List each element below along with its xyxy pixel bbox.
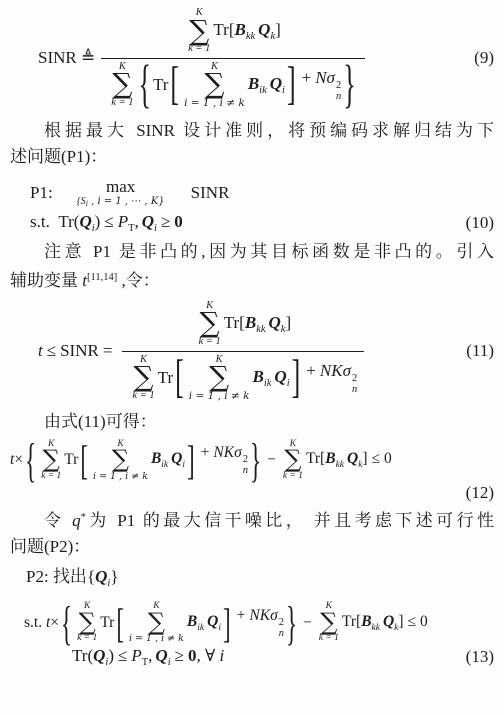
sub-i: i	[168, 657, 171, 668]
sigma-sum-icon: ∑	[320, 613, 337, 633]
p1-objective: SINR	[191, 183, 230, 203]
eq11-lhs: t≤SINR=	[38, 341, 116, 361]
trace-bkk-qk-term: Tr[BkkQk]	[213, 20, 280, 42]
eq9-lhs: SINR ≜	[38, 48, 95, 68]
sigma-scripts: 2n	[352, 373, 357, 395]
sigma-sub-n: n	[352, 384, 357, 395]
sub-kk: kk	[246, 31, 255, 42]
noise-term: +Nσ2n	[298, 68, 342, 102]
sum-over-i: K∑i = 1 , i ≠ k	[129, 602, 184, 644]
bold-zero: 0	[174, 212, 183, 231]
p2-label: P2:	[26, 567, 49, 586]
sum-over-i: K∑i = 1 , i ≠ k	[189, 355, 250, 402]
big-left-brace: {	[138, 59, 150, 112]
tr-operator: Tr	[342, 613, 356, 630]
qstar-pre: 令	[44, 511, 72, 530]
sum-lower-limit: k = 1	[198, 337, 220, 348]
le-operator: ≤	[104, 212, 113, 231]
matrix-q: Q	[383, 613, 394, 630]
sub-i: i	[154, 223, 157, 234]
var-nk: NK	[320, 361, 343, 380]
var-q: q	[72, 511, 81, 530]
paragraph-sinr-criterion-line2: 述问题(P1)：	[10, 144, 494, 170]
le-operator: ≤	[118, 646, 127, 665]
le-zero: ≤ 0	[372, 450, 392, 467]
equation-13-constraint1: s.t. t× { K∑k = 1 Tr [ K∑i = 1 , i ≠ k B…	[24, 602, 494, 644]
sigma-scripts: 2n	[243, 454, 248, 476]
big-right-brace: }	[250, 437, 261, 484]
matrix-q: Q	[95, 567, 107, 586]
sigma-sup-2: 2	[352, 373, 357, 384]
sigma-scripts: 2n	[279, 617, 284, 639]
comma: ,	[135, 212, 139, 231]
sum-lower-limit: k = 1	[319, 634, 339, 644]
eq11-denominator: K∑k = 1 Tr [ K∑i = 1 , i ≠ k BikQi ] +NK…	[122, 352, 364, 405]
sub-kk: kk	[372, 623, 380, 633]
big-left-brace: {	[61, 599, 72, 646]
sigma-symbol: σ	[234, 444, 242, 461]
bik-qi-term: BikQi	[151, 450, 185, 470]
var-n: N	[315, 68, 326, 87]
le-zero: ≤ 0	[408, 613, 428, 630]
times-operator: ×	[50, 614, 59, 631]
equals-operator: =	[103, 341, 113, 360]
sigma-sum-icon: ∑	[200, 312, 220, 335]
big-right-bracket: ]	[292, 355, 301, 401]
big-right-bracket: ]	[223, 603, 231, 644]
sum-over-k: K∑k = 1	[188, 8, 210, 55]
paragraph-sinr-criterion-line1: 根据最大 SINR 设计准则，将预编码求解归结为下	[10, 118, 494, 144]
sub-ik: ik	[161, 460, 168, 470]
matrix-b: B	[234, 20, 245, 39]
tr-operator: Tr	[213, 20, 228, 39]
subject-to-label: s.t.	[24, 614, 42, 632]
sigma-sum-icon: ∑	[148, 613, 165, 633]
big-left-bracket: [	[80, 440, 88, 481]
paragraph-nonconvex-line2: 辅助变量 t[11,14] ,令：	[10, 265, 494, 294]
aux-var-post: ,令：	[117, 271, 160, 290]
aux-var-pre: 辅助变量	[10, 271, 82, 290]
subject-to-label: s.t.	[30, 212, 50, 231]
close-bracket: ]	[275, 20, 281, 39]
comma: ,	[196, 646, 200, 665]
sigma-sup-2: 2	[243, 454, 248, 465]
big-left-bracket: [	[116, 603, 124, 644]
sigma-sum-icon: ∑	[204, 73, 224, 96]
tr-operator: Tr	[100, 614, 114, 632]
close-paren: )	[108, 646, 114, 665]
sum-lower-limit: k = 1	[41, 472, 61, 482]
sum-lower-limit: i = 1 , i ≠ k	[129, 634, 184, 644]
matrix-q: Q	[142, 212, 154, 231]
paragraph-qstar-line2: 问题(P2)：	[10, 534, 494, 560]
sigma-sum-icon: ∑	[43, 450, 60, 470]
p1-label: P1:	[30, 183, 53, 203]
minus-operator: −	[267, 451, 276, 469]
sigma-sub-n: n	[243, 465, 248, 476]
matrix-b: B	[325, 450, 335, 467]
matrix-b: B	[187, 613, 197, 630]
equation-number-11: (11)	[466, 341, 494, 361]
sum-lower-limit: i = 1 , i ≠ k	[189, 391, 250, 402]
close-paren: )	[95, 212, 101, 231]
plus-operator: +	[237, 607, 246, 624]
matrix-q: Q	[269, 313, 281, 332]
sum-over-i: K∑i = 1 , i ≠ k	[93, 440, 148, 482]
equation-number-13: (13)	[466, 647, 494, 667]
eq9-denominator: K∑k = 1 { Tr [ K∑i = 1 , i ≠ k BikQi ] +…	[101, 59, 364, 112]
sum-over-i: K∑i = 1 , i ≠ k	[184, 62, 245, 109]
sigma-symbol: σ	[270, 607, 278, 624]
plus-operator: +	[306, 361, 316, 380]
sub-kk: kk	[336, 460, 344, 470]
sum-lower-limit: k = 1	[77, 634, 97, 644]
matrix-q: Q	[207, 613, 218, 630]
matrix-b: B	[245, 313, 256, 332]
var-p: P	[118, 212, 128, 231]
qstar-post: 为 P1 的最大信干噪比， 并且考虑下述可行性	[86, 511, 494, 530]
ge-operator: ≥	[175, 646, 184, 665]
sigma-symbol: σ	[343, 361, 351, 380]
sum-over-k: K∑k = 1	[198, 301, 220, 348]
sigma-sub-n: n	[336, 91, 341, 102]
close-bracket: ]	[398, 613, 403, 630]
sub-i: i	[282, 85, 285, 96]
sigma-sum-icon: ∑	[134, 366, 154, 389]
p2-find-label: 找出	[53, 567, 87, 586]
equation-number-12: (12)	[466, 483, 494, 502]
matrix-q: Q	[171, 450, 182, 467]
matrix-b: B	[253, 367, 264, 386]
sub-ik: ik	[259, 85, 267, 96]
big-right-bracket: ]	[187, 440, 195, 481]
eq9-fraction: K∑k = 1 Tr[BkkQk] K∑k = 1 { Tr [ K∑i = 1…	[101, 5, 364, 112]
close-bracket: ]	[362, 450, 367, 467]
max-operator: max {Si , i = 1 , ⋯ , K}	[77, 177, 165, 209]
matrix-q: Q	[79, 212, 91, 231]
open-brace: {	[87, 567, 95, 586]
matrix-q: Q	[270, 74, 282, 93]
equation-10: s.t. Tr(Qi)≤PT,Qi≥0 (10)	[30, 212, 494, 234]
sinr-label: SINR	[60, 341, 99, 360]
tr-operator: Tr	[153, 75, 168, 95]
var-t: t	[38, 341, 43, 360]
big-left-bracket: [	[175, 355, 184, 401]
big-right-bracket: ]	[287, 62, 296, 108]
matrix-q: Q	[258, 20, 270, 39]
forall-symbol: ∀	[205, 646, 215, 666]
sigma-sum-icon: ∑	[209, 366, 229, 389]
equation-9: SINR ≜ K∑k = 1 Tr[BkkQk] K∑k = 1 { Tr [ …	[38, 5, 494, 112]
equation-12: t× { K∑k = 1 Tr [ K∑i = 1 , i ≠ k BikQi …	[10, 440, 494, 482]
trace-bkk-qk-le0: Tr[BkkQk]≤ 0	[306, 450, 396, 470]
problem-p1-statement: P1: max {Si , i = 1 , ⋯ , K} SINR	[30, 177, 494, 209]
matrix-q: Q	[274, 367, 286, 386]
t-times: t×	[42, 614, 59, 632]
minus-operator: −	[303, 614, 312, 632]
equation-number-9: (9)	[474, 48, 494, 68]
defined-equal-symbol: ≜	[81, 48, 95, 68]
tr-operator: Tr	[224, 313, 239, 332]
noise-term: +NKσ2n	[233, 607, 284, 639]
sigma-scripts: 2n	[336, 80, 341, 102]
paragraph-nonconvex-line1: 注意 P1 是非凸的,因为其目标函数是非凸的。引入	[10, 239, 494, 265]
matrix-q: Q	[93, 646, 105, 665]
sigma-sum-icon: ∑	[79, 613, 96, 633]
t-times: t×	[10, 451, 23, 469]
equation-11: t≤SINR= K∑k = 1 Tr[BkkQk] K∑k = 1 Tr [ K…	[38, 298, 494, 405]
paragraph-from-eq11: 由式(11)可得：	[10, 409, 494, 435]
big-right-brace: }	[286, 599, 297, 646]
big-right-brace: }	[343, 59, 355, 112]
sub-i: i	[218, 623, 221, 633]
sum-over-k: K∑k = 1	[111, 62, 133, 109]
big-left-bracket: [	[170, 62, 179, 108]
sum-over-k: K∑k = 1	[283, 440, 303, 482]
sigma-sup-2: 2	[279, 617, 284, 628]
paragraph-qstar-line1: 令 q*为 P1 的最大信干噪比， 并且考虑下述可行性	[10, 505, 494, 534]
big-left-brace: {	[25, 437, 36, 484]
var-nk: NK	[213, 444, 234, 461]
times-operator: ×	[14, 451, 23, 468]
sum-lower-limit: k = 1	[132, 391, 154, 402]
noise-term: +NKσ2n	[302, 361, 357, 395]
var-i: i	[219, 646, 224, 665]
eq11-numerator: K∑k = 1 Tr[BkkQk]	[188, 298, 298, 351]
tr-operator: Tr	[158, 368, 173, 388]
sub-kk: kk	[256, 324, 265, 335]
tr-operator: Tr	[306, 450, 320, 467]
tr-operator: Tr	[64, 451, 78, 469]
close-brace: }	[110, 567, 118, 586]
sigma-sum-icon: ∑	[284, 450, 301, 470]
eq9-numerator: K∑k = 1 Tr[BkkQk]	[178, 5, 288, 58]
le-operator: ≤	[47, 341, 56, 360]
sum-over-k: K∑k = 1	[77, 602, 97, 644]
sinr-label: SINR	[38, 48, 77, 67]
sum-over-k: K∑k = 1	[132, 355, 154, 402]
max-subscript-pre: {S	[77, 196, 86, 207]
sum-over-k: K∑k = 1	[41, 440, 61, 482]
trace-bkk-qk-le0: Tr[BkkQk]≤ 0	[342, 613, 432, 633]
sub-i: i	[287, 378, 290, 389]
var-p: P	[131, 646, 141, 665]
bik-qi-term: BikQi	[187, 613, 221, 633]
sigma-sub-n: n	[279, 628, 284, 639]
matrix-b: B	[151, 450, 161, 467]
matrix-q: Q	[347, 450, 358, 467]
problem-p2-statement: P2: 找出{Qi}	[26, 564, 494, 597]
matrix-b: B	[361, 613, 371, 630]
sigma-sup-2: 2	[336, 80, 341, 91]
tr-operator: Tr	[72, 646, 87, 665]
sum-lower-limit: k = 1	[283, 472, 303, 482]
bik-qi-term: BikQi	[253, 367, 290, 389]
sub-ik: ik	[264, 378, 272, 389]
sigma-symbol: σ	[327, 68, 335, 87]
equation-13-constraint2: Tr(Qi)≤PT,Qi≥0, ∀ i (13)	[72, 646, 494, 668]
plus-operator: +	[201, 444, 210, 461]
max-subscript-post: , i = 1 , ⋯ , K}	[88, 196, 165, 207]
plus-operator: +	[302, 68, 312, 87]
sum-lower-limit: k = 1	[188, 44, 210, 55]
noise-term: +NKσ2n	[197, 444, 248, 476]
citation-ref: [11,14]	[87, 272, 117, 283]
sub-ik: ik	[197, 623, 204, 633]
sum-lower-limit: k = 1	[111, 98, 133, 109]
matrix-q: Q	[155, 646, 167, 665]
eq11-fraction: K∑k = 1 Tr[BkkQk] K∑k = 1 Tr [ K∑i = 1 ,…	[122, 298, 364, 405]
comma: ,	[148, 646, 152, 665]
sum-lower-limit: i = 1 , i ≠ k	[93, 472, 148, 482]
eq13-power-constraint: Tr(Qi)≤PT,Qi≥0, ∀ i	[72, 646, 224, 668]
sigma-sum-icon: ∑	[112, 450, 129, 470]
max-subscript: {Si , i = 1 , ⋯ , K}	[77, 196, 165, 208]
tr-operator: Tr	[58, 212, 73, 231]
sigma-sum-icon: ∑	[112, 73, 132, 96]
bik-qi-term: BikQi	[248, 74, 285, 96]
sum-lower-limit: i = 1 , i ≠ k	[184, 98, 245, 109]
max-label: max	[106, 177, 135, 197]
var-nk: NK	[249, 607, 270, 624]
close-bracket: ]	[285, 313, 291, 332]
sigma-sum-icon: ∑	[189, 20, 209, 43]
ge-operator: ≥	[161, 212, 170, 231]
matrix-b: B	[248, 74, 259, 93]
trace-bkk-qk-term: Tr[BkkQk]	[224, 313, 291, 335]
sum-over-k: K∑k = 1	[319, 602, 339, 644]
paper-page: SINR ≜ K∑k = 1 Tr[BkkQk] K∑k = 1 { Tr [ …	[0, 0, 504, 717]
equation-number-10: (10)	[466, 213, 494, 233]
sub-i: i	[182, 460, 185, 470]
eq10-constraint: s.t. Tr(Qi)≤PT,Qi≥0	[30, 212, 183, 234]
